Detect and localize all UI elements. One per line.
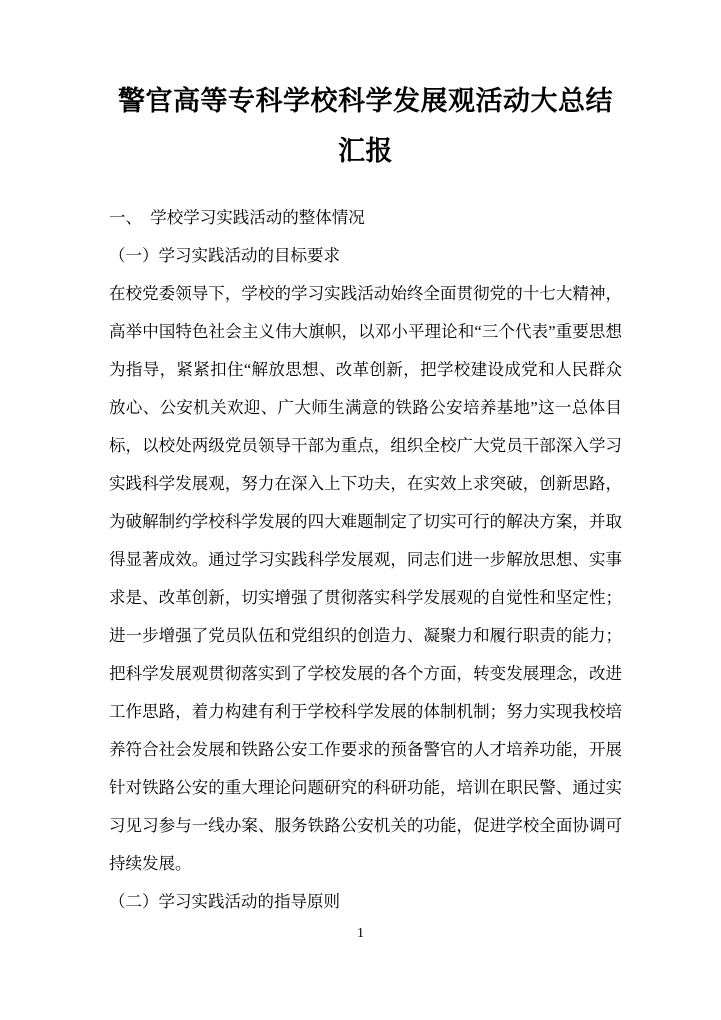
document-page: 警官高等专科学校科学发展观活动大总结汇报 一、 学校学习实践活动的整体情况 （一…: [0, 0, 721, 1020]
subsection-heading-target-requirements: （一）学习实践活动的目标要求: [109, 237, 622, 275]
document-title: 警官高等专科学校科学发展观活动大总结汇报: [116, 76, 616, 176]
section-heading-overall-situation: 一、 学校学习实践活动的整体情况: [109, 199, 622, 237]
document-content: 警官高等专科学校科学发展观活动大总结汇报 一、 学校学习实践活动的整体情况 （一…: [0, 76, 721, 921]
body-paragraph: 在校党委领导下，学校的学习实践活动始终全面贯彻党的十七大精神，高举中国特色社会主…: [109, 275, 622, 883]
subsection-heading-guiding-principles: （二）学习实践活动的指导原则: [109, 883, 622, 921]
page-number: 1: [0, 925, 721, 943]
